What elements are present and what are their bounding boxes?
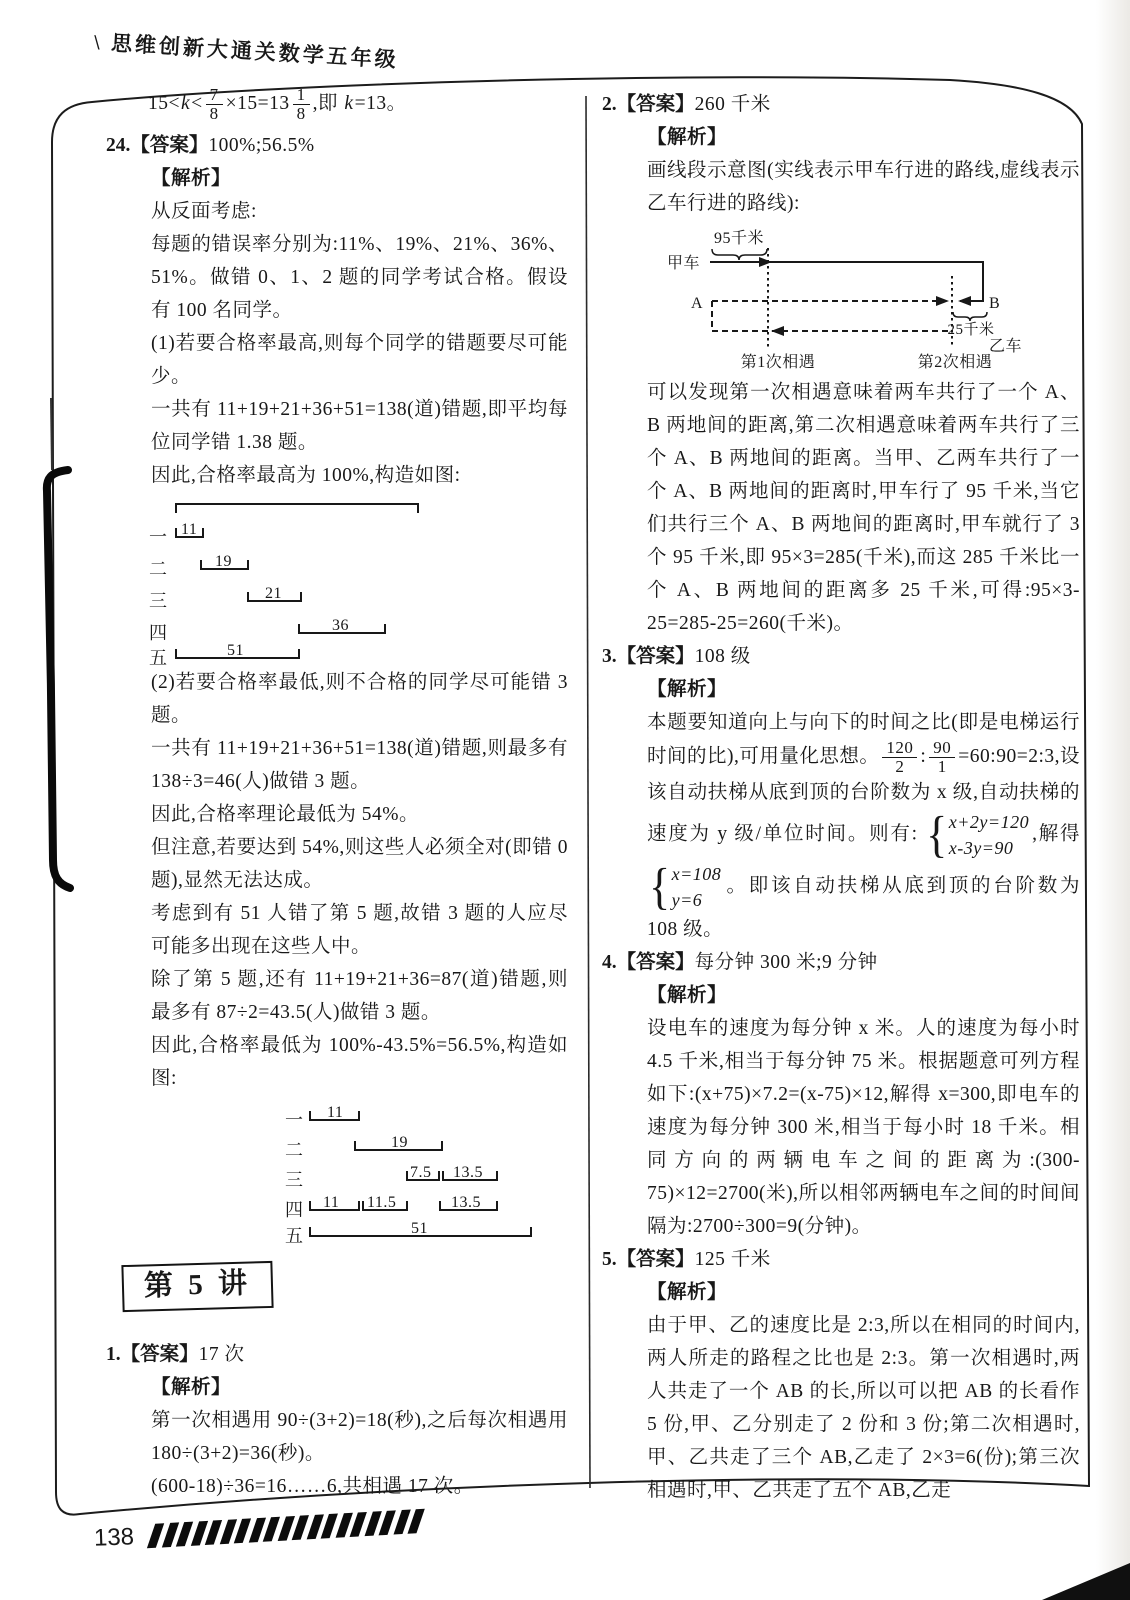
svg-text:11: 11 xyxy=(327,1104,343,1121)
question-number: 24. xyxy=(106,135,130,156)
label-B: B xyxy=(989,295,1000,312)
equation-system-1: {x+2y=120x-3y=90 xyxy=(926,809,1030,861)
svg-text:三: 三 xyxy=(285,1170,304,1190)
math-text: ,即 xyxy=(313,93,344,114)
car-route-diagram: 95千米 甲车 A B 25千米 乙车 第1次相遇 第2次相遇 xyxy=(655,224,1073,374)
svg-text:19: 19 xyxy=(391,1134,408,1151)
paragraph: (1)若要合格率最高,则每个同学的错题要尽可能少。 xyxy=(151,327,568,393)
question-4: 4.【答案】每分钟 300 米;9 分钟 【解析】 设电车的速度为每分钟 x 米… xyxy=(602,946,1080,1243)
analysis-label: 【解析】 xyxy=(151,1371,568,1404)
paragraph: 因此,合格率最低为 100%-43.5%=56.5%,构造如图: xyxy=(151,1029,568,1095)
svg-text:二: 二 xyxy=(285,1140,304,1160)
fraction-7-8: 78 xyxy=(206,86,223,123)
question-1: 1.【答案】17 次 【解析】 第一次相遇用 90÷(3+2)=18(秒),之后… xyxy=(106,1338,568,1503)
answer-value: 每分钟 300 米;9 分钟 xyxy=(695,952,878,973)
section-heading-lecture-5: 第 5 讲 xyxy=(121,1261,273,1312)
question-2: 2.【答案】260 千米 【解析】 画线段示意图(实线表示甲车行进的路线,虚线表… xyxy=(602,88,1080,640)
label-25km: 25千米 xyxy=(947,321,994,338)
svg-text:11: 11 xyxy=(181,521,197,538)
answer-label: 【答案】 xyxy=(121,1344,199,1365)
fraction-1-8: 18 xyxy=(293,86,310,123)
paragraph: 一共有 11+19+21+36+51=138(道)错题,即平均每位同学错 1.3… xyxy=(151,393,568,459)
svg-text:五: 五 xyxy=(149,648,168,666)
var-k: k xyxy=(180,93,191,114)
equation-system-2: {x=108y=6 xyxy=(649,861,722,913)
answer-label: 【答案】 xyxy=(617,1249,695,1270)
label-meeting-2: 第2次相遇 xyxy=(918,353,993,371)
label-jia-car: 甲车 xyxy=(667,254,700,272)
answer-label: 【答案】 xyxy=(617,952,695,973)
paragraph: 但注意,若要达到 54%,则这些人必须全对(即错 0 题),显然无法达成。 xyxy=(151,831,568,897)
answer-line: 24.【答案】100%;56.5% xyxy=(106,129,568,162)
segment-diagram-2: 一 11 二 19 三 7.5 13.5 四 11 11.5 13.5 五 51 xyxy=(279,1099,549,1249)
svg-text:11.5: 11.5 xyxy=(367,1194,396,1211)
column-divider xyxy=(586,96,590,1488)
right-column: 2.【答案】260 千米 【解析】 画线段示意图(实线表示甲车行进的路线,虚线表… xyxy=(602,88,1080,1507)
answer-line: 1.【答案】17 次 xyxy=(106,1338,568,1371)
svg-text:五: 五 xyxy=(285,1226,304,1246)
analysis-label: 【解析】 xyxy=(647,121,1080,154)
paragraph: (2)若要合格率最低,则不合格的同学尽可能错 3 题。 xyxy=(151,666,568,732)
svg-text:一: 一 xyxy=(285,1110,304,1130)
spine-shadow xyxy=(47,470,70,888)
svg-text:7.5: 7.5 xyxy=(410,1164,432,1181)
answer-value: 125 千米 xyxy=(695,1249,771,1270)
svg-text:11: 11 xyxy=(323,1194,339,1211)
svg-text:36: 36 xyxy=(332,617,349,634)
paragraph: 每题的错误率分别为:11%、19%、21%、36%、51%。做错 0、1、2 题… xyxy=(151,228,568,327)
paragraph: 除了第 5 题,还有 11+19+21+36=87(道)错题,则最多有 87÷2… xyxy=(151,963,568,1029)
analysis-label: 【解析】 xyxy=(647,1276,1080,1309)
svg-text:四: 四 xyxy=(149,623,168,643)
analysis-label: 【解析】 xyxy=(647,979,1080,1012)
svg-text:四: 四 xyxy=(285,1200,304,1220)
question-3: 3.【答案】108 级 【解析】 本题要知道向上与向下的时间之比(即是电梯运行时… xyxy=(602,640,1080,946)
answer-line: 2.【答案】260 千米 xyxy=(602,88,1080,121)
paragraph: 因此,合格率理论最低为 54%。 xyxy=(151,798,568,831)
answer-label: 【答案】 xyxy=(617,94,695,115)
answer-label: 【答案】 xyxy=(617,646,695,667)
answer-value: 108 级 xyxy=(695,646,751,667)
scan-edge-shadow xyxy=(1096,0,1130,1600)
analysis-label: 【解析】 xyxy=(151,162,568,195)
label-A: A xyxy=(691,295,703,312)
question-24: 24.【答案】100%;56.5% 【解析】 从反面考虑: 每题的错误率分别为:… xyxy=(106,129,568,1249)
paragraph: 考虑到有 51 人错了第 5 题,故错 3 题的人应尽可能多出现在这些人中。 xyxy=(151,897,568,963)
svg-text:13.5: 13.5 xyxy=(451,1194,481,1211)
fraction-90-1: 901 xyxy=(929,739,955,776)
paragraph: 由于甲、乙的速度比是 2:3,所以在相同的时间内,两人所走的路程之比也是 2:3… xyxy=(647,1309,1080,1507)
paragraph-with-math: 本题要知道向上与向下的时间之比(即是电梯运行时间的比),可用量化思想。1202:… xyxy=(647,706,1080,946)
paragraph: (600-18)÷36=16……6,共相遇 17 次。 xyxy=(151,1470,568,1503)
question-number: 3. xyxy=(602,646,617,667)
paragraph: 从反面考虑: xyxy=(151,195,568,228)
svg-text:二: 二 xyxy=(149,559,168,579)
question-number: 1. xyxy=(106,1344,121,1365)
question-number: 2. xyxy=(602,94,617,115)
answer-value: 260 千米 xyxy=(695,94,771,115)
paragraph: 可以发现第一次相遇意味着两车共行了一个 A、B 两地间的距离,第二次相遇意味着两… xyxy=(647,376,1080,640)
answer-value: 17 次 xyxy=(199,1344,245,1365)
answer-line: 5.【答案】125 千米 xyxy=(602,1243,1080,1276)
question-5: 5.【答案】125 千米 【解析】 由于甲、乙的速度比是 2:3,所以在相同的时… xyxy=(602,1243,1080,1507)
question-number: 5. xyxy=(602,1249,617,1270)
math-text: ×15=13 xyxy=(226,93,290,114)
analysis-label: 【解析】 xyxy=(647,673,1080,706)
math-text: < xyxy=(191,93,203,114)
label-meeting-1: 第1次相遇 xyxy=(741,353,816,371)
question-number: 4. xyxy=(602,952,617,973)
math-text: =13。 xyxy=(355,93,407,114)
label-95km: 95千米 xyxy=(714,229,764,247)
svg-text:51: 51 xyxy=(411,1220,428,1237)
segment-diagram-1: 一 11 二 19 三 21 四 36 五 51 xyxy=(141,494,581,666)
fraction-120-2: 1202 xyxy=(882,739,917,776)
svg-text:19: 19 xyxy=(215,553,232,570)
paragraph: 一共有 11+19+21+36+51=138(道)错题,则最多有 138÷3=4… xyxy=(151,732,568,798)
left-column: 15<k<78×15=1318,即 k=13。 24.【答案】100%;56.5… xyxy=(106,86,568,1503)
svg-text:一: 一 xyxy=(149,527,168,547)
answer-line: 3.【答案】108 级 xyxy=(602,640,1080,673)
spine-line xyxy=(51,398,52,470)
carryover-math-line: 15<k<78×15=1318,即 k=13。 xyxy=(148,86,568,123)
answer-value: 100%;56.5% xyxy=(208,135,314,156)
svg-text:51: 51 xyxy=(227,642,244,659)
svg-text:三: 三 xyxy=(149,591,168,611)
answer-line: 4.【答案】每分钟 300 米;9 分钟 xyxy=(602,946,1080,979)
paragraph: 因此,合格率最高为 100%,构造如图: xyxy=(151,459,568,492)
paragraph: 设电车的速度为每分钟 x 米。人的速度为每小时 4.5 千米,相当于每分钟 75… xyxy=(647,1012,1080,1243)
svg-text:21: 21 xyxy=(265,585,282,602)
paragraph: 第一次相遇用 90÷(3+2)=18(秒),之后每次相遇用 180÷(3+2)=… xyxy=(151,1404,568,1470)
var-k: k xyxy=(343,93,354,114)
math-text: 15< xyxy=(148,93,180,114)
label-yi-car: 乙车 xyxy=(989,337,1022,355)
answer-label: 【答案】 xyxy=(130,135,208,156)
paragraph: 画线段示意图(实线表示甲车行进的路线,虚线表示乙车行进的路线): xyxy=(647,154,1080,220)
page-number: 138 xyxy=(94,1523,135,1552)
svg-text:13.5: 13.5 xyxy=(453,1164,483,1181)
